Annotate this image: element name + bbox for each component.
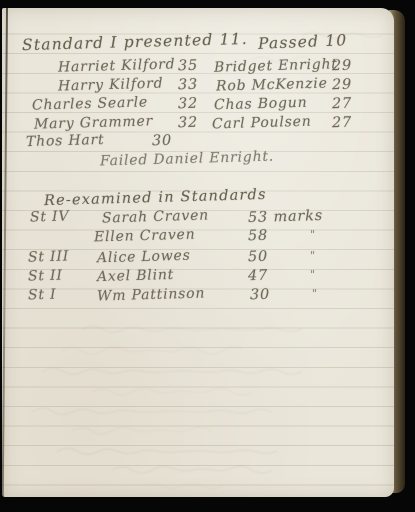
ditto-mark: " — [310, 249, 316, 262]
pupil-name: Rob McKenzie — [216, 75, 328, 94]
handwriting-layer: Standard I presented 11. Passed 10 Harri… — [2, 8, 394, 497]
pupil-row: Harriet Kilford 35 Bridget Enright 29 — [2, 58, 394, 78]
pupil-score: 27 — [332, 96, 353, 113]
standard-label: St II — [28, 268, 63, 285]
scanned-logbook-photo: Standard I presented 11. Passed 10 Harri… — [0, 0, 415, 512]
reexam-row: St IV Sarah Craven 53 marks — [2, 209, 394, 229]
pupil-name: Alice Lowes — [97, 248, 191, 267]
pupil-name: Harriet Kilford — [58, 56, 176, 75]
notebook-page: Standard I presented 11. Passed 10 Harri… — [2, 8, 394, 497]
pupil-row: Harry Kilford 33 Rob McKenzie 29 — [2, 77, 394, 97]
standard-label: St III — [28, 248, 69, 265]
pupil-name: Charles Searle — [32, 94, 148, 113]
pupil-marks: 50 — [248, 249, 269, 266]
ditto-mark: " — [310, 228, 316, 241]
pupil-marks: 58 — [248, 228, 269, 245]
pupil-marks: 53 marks — [248, 208, 323, 226]
pupil-score: 32 — [178, 96, 199, 113]
pupil-row: Charles Searle 32 Chas Bogun 27 — [2, 96, 394, 116]
pupil-name: Ellen Craven — [94, 227, 196, 246]
pupil-name: Carl Poulsen — [212, 114, 312, 133]
pupil-name: Mary Grammer — [34, 113, 153, 132]
standard-presented-text: Standard I presented 11. — [22, 30, 248, 54]
reexam-row: St I Wm Pattinson 30 " — [2, 287, 394, 307]
pupil-score: 33 — [178, 77, 199, 94]
standard-label: St IV — [30, 208, 70, 225]
pupil-name: Wm Pattinson — [97, 285, 206, 304]
pupil-score: 29 — [332, 58, 353, 75]
pupil-name: Thos Hart — [26, 132, 105, 150]
reexamined-heading-text: Re-examined in Standards — [44, 187, 267, 209]
reexam-row: Ellen Craven 58 " — [2, 228, 394, 248]
standard-label: St I — [28, 287, 57, 304]
pupil-marks: 30 — [250, 287, 271, 304]
ditto-mark: " — [312, 287, 318, 300]
ditto-mark: " — [310, 268, 316, 281]
reexam-row: St III Alice Lowes 50 " — [2, 249, 394, 269]
passed-count-text: Passed 10 — [258, 31, 348, 53]
standard-heading-line: Standard I presented 11. Passed 10 — [2, 33, 394, 53]
pupil-score: 32 — [178, 115, 199, 132]
pupil-name: Sarah Craven — [102, 208, 209, 227]
pupil-row: Mary Grammer 32 Carl Poulsen 27 — [2, 115, 394, 135]
failed-text: Failed Daniel Enright. — [100, 149, 274, 170]
pupil-marks: 47 — [248, 268, 269, 285]
pupil-score: 30 — [152, 133, 173, 150]
pupil-score: 35 — [178, 58, 199, 75]
pupil-score: 27 — [332, 115, 353, 132]
pupil-name: Chas Bogun — [214, 95, 308, 114]
pupil-name: Bridget Enright — [214, 56, 338, 75]
failed-line: Failed Daniel Enright. — [2, 151, 394, 171]
pupil-name: Harry Kilford — [58, 76, 164, 95]
pupil-name: Axel Blint — [97, 267, 175, 285]
pupil-score: 29 — [332, 77, 353, 94]
